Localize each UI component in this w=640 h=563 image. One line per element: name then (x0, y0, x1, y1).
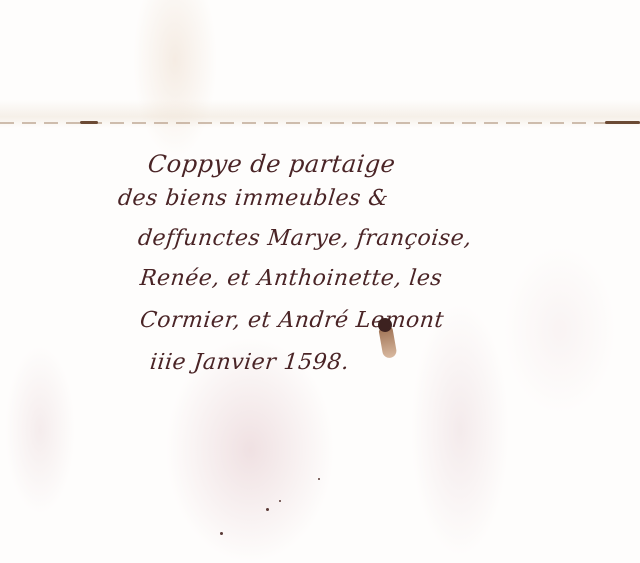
manuscript-line-1: Coppye de partaige (147, 150, 397, 178)
manuscript-page: Coppye de partaige des biens immeubles &… (0, 0, 640, 563)
manuscript-line-3: deffunctes Marye, françoise, (137, 226, 473, 251)
ink-speck (266, 508, 269, 511)
manuscript-line-4: Renée, et Anthoinette, les (139, 266, 444, 291)
fold-ink-mark (605, 121, 640, 124)
manuscript-line-6: iiie Janvier 1598. (149, 350, 351, 375)
fold-ink-mark (80, 121, 98, 124)
manuscript-line-5: Cormier, et André Lemont (139, 308, 446, 333)
manuscript-line-2: des biens immeubles & (117, 186, 390, 211)
ink-blot (378, 318, 392, 332)
ink-speck (279, 500, 281, 502)
ink-speck (220, 532, 223, 535)
ink-speck (318, 478, 320, 480)
